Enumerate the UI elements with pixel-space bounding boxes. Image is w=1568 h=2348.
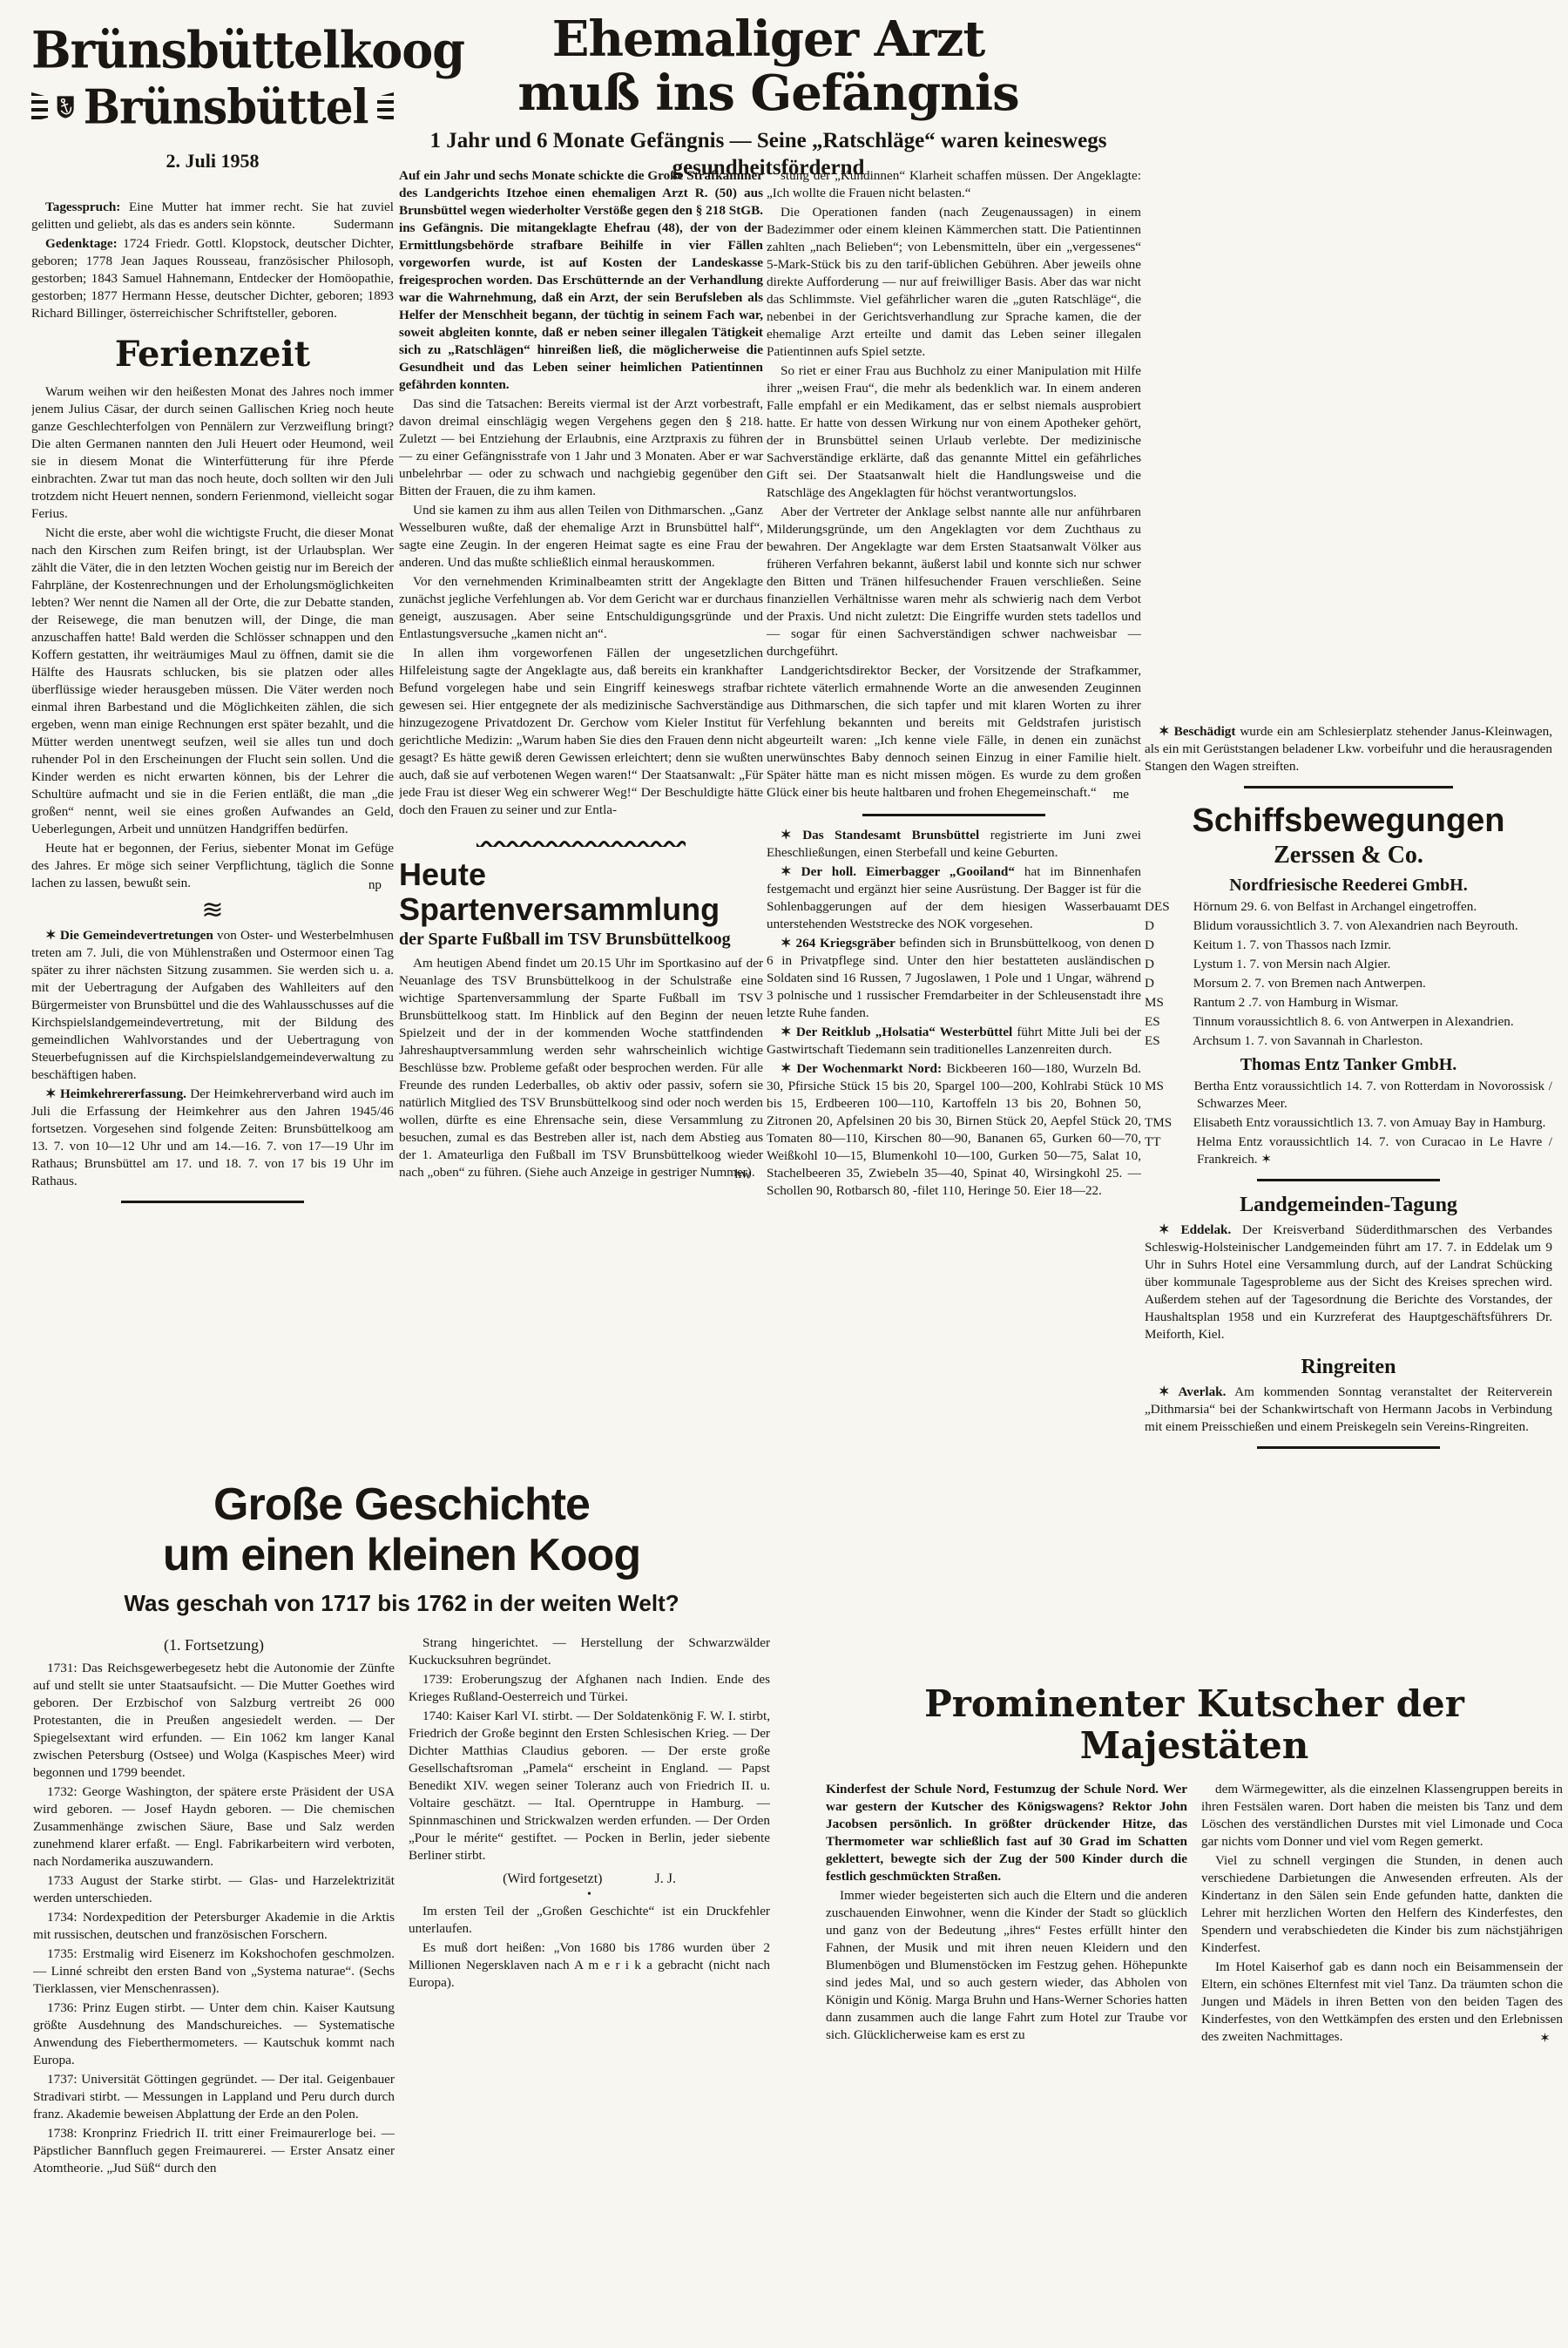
squiggle-divider: ≋ bbox=[31, 899, 394, 922]
news-note: ✶ Der Wochenmarkt Nord: Bickbeeren 160—1… bbox=[767, 1060, 1141, 1200]
correction-paragraph: Es muß dort heißen: „Von 1680 bis 1786 w… bbox=[409, 1939, 770, 1992]
masthead-title-line2: Brünsbüttel bbox=[84, 82, 368, 132]
beschaedigt-lead: ✶ Beschädigt bbox=[1159, 724, 1235, 739]
news-note: ✶ Das Standesamt Brunsbüttel registriert… bbox=[767, 827, 1141, 862]
flourish-right-icon bbox=[377, 92, 394, 122]
sparten-title: Heute Spartenversammlung bbox=[399, 857, 763, 927]
shipping-company: Zerssen & Co. bbox=[1145, 841, 1552, 870]
kutscher-title: Prominenter Kutscher der Majestäten bbox=[826, 1683, 1563, 1767]
kutscher-lead: Kinderfest der Schule Nord, Festumzug de… bbox=[826, 1781, 1187, 1885]
ship-movement: ES Archsum 1. 7. von Savannah in Charles… bbox=[1145, 1032, 1552, 1050]
article-paragraph: Viel zu schnell vergingen die Stunden, i… bbox=[1201, 1852, 1563, 1957]
main-title-line1: Ehemaliger Arzt bbox=[399, 12, 1138, 66]
chronicle-paragraph: 1732: George Washington, der spätere ers… bbox=[33, 1783, 395, 1871]
geschichte-section: Große Geschichte um einen kleinen Koog W… bbox=[33, 1479, 770, 2348]
main-article-col1: Auf ein Jahr und sechs Monate schickte d… bbox=[399, 167, 763, 1479]
section-rule bbox=[1257, 1446, 1440, 1449]
issue-date: 2. Juli 1958 bbox=[31, 150, 394, 173]
ship-prefix: TMS bbox=[1145, 1114, 1190, 1132]
ship-prefix: MS bbox=[1145, 1078, 1190, 1095]
correction-paragraph: Im ersten Teil der „Großen Geschichte“ i… bbox=[409, 1903, 770, 1938]
gedenktage: Gedenktage: 1724 Friedr. Gottl. Klopstoc… bbox=[31, 235, 394, 322]
section-rule bbox=[1257, 1179, 1440, 1181]
note-lead: ✶ 264 Kriegsgräber bbox=[781, 936, 896, 951]
fleet2-list: MS Bertha Entz voraussichtlich 14. 7. vo… bbox=[1145, 1078, 1552, 1168]
beschaedigt-note: ✶ Beschädigt wurde ein am Schlesierplatz… bbox=[1145, 723, 1552, 775]
main-article-col2-body: stung der „Kundinnen“ Klarheit schaffen … bbox=[767, 167, 1141, 802]
geschichte-subtitle: Was geschah von 1717 bis 1762 in der wei… bbox=[33, 1589, 770, 1617]
anchor-crest-icon bbox=[57, 77, 74, 138]
wave-divider bbox=[399, 828, 763, 847]
geschichte-fortsetzung: (1. Fortsetzung) bbox=[33, 1636, 395, 1654]
article-paragraph: Das sind die Tatsachen: Bereits viermal … bbox=[399, 396, 763, 500]
tagesspruch: Tagesspruch: Eine Mutter hat immer recht… bbox=[31, 199, 394, 233]
ship-movement: D Lystum 1. 7. von Mersin nach Algier. bbox=[1145, 956, 1552, 973]
main-headline-block: Ehemaliger Arzt muß ins Gefängnis 1 Jahr… bbox=[399, 12, 1138, 167]
ship-movement: MS Bertha Entz voraussichtlich 14. 7. vo… bbox=[1145, 1078, 1552, 1113]
fleet1-name: Nordfriesische Reederei GmbH. bbox=[1145, 874, 1552, 897]
ship-movement: ES Tinnum voraussichtlich 8. 6. von Antw… bbox=[1145, 1013, 1552, 1031]
article-paragraph: Vor den vernehmenden Kriminalbeamten str… bbox=[399, 573, 763, 643]
chronicle-paragraph: 1738: Kronprinz Friedrich II. tritt eine… bbox=[33, 2125, 395, 2177]
geschichte-continuation-note: (Wird fortgesetzt) bbox=[503, 1871, 602, 1887]
ship-movement: D Keitum 1. 7. von Thassos nach Izmir. bbox=[1145, 937, 1552, 954]
geschichte-title-line2: um einen kleinen Koog bbox=[33, 1530, 770, 1580]
main-article-lead: Auf ein Jahr und sechs Monate schickte d… bbox=[399, 167, 763, 394]
article-paragraph: So riet er einer Frau aus Buchholz zu ei… bbox=[767, 362, 1141, 502]
newspaper-page: Brünsbüttelkoog Brünsbüttel 2. Juli 1958… bbox=[0, 0, 1568, 2348]
section-rule bbox=[862, 814, 1045, 816]
gedenktage-label: Gedenktage: bbox=[45, 236, 118, 251]
article-paragraph: Aber der Vertreter der Anklage selbst na… bbox=[767, 504, 1141, 660]
chronicle-paragraph: 1737: Universität Göttingen gegründet. —… bbox=[33, 2071, 395, 2123]
masthead-title-line1: Brünsbüttelkoog bbox=[31, 23, 394, 78]
news-note: ✶ 264 Kriegsgräber befinden sich in Brun… bbox=[767, 935, 1141, 1022]
chronicle-paragraph: 1734: Nordexpedition der Petersburger Ak… bbox=[33, 1909, 395, 1944]
main-article-col2: stung der „Kundinnen“ Klarheit schaffen … bbox=[767, 167, 1141, 1662]
section-rule bbox=[1244, 786, 1453, 788]
article-paragraph: Landgerichtsdirektor Becker, der Vorsitz… bbox=[767, 662, 1141, 802]
note-lead: ✶ Der Wochenmarkt Nord: bbox=[781, 1061, 942, 1076]
ship-prefix: D bbox=[1145, 917, 1190, 935]
fleet2-name: Thomas Entz Tanker GmbH. bbox=[1145, 1053, 1552, 1076]
ferienzeit-paragraph: Warum weihen wir den heißesten Monat des… bbox=[31, 383, 394, 523]
news-note: ✶ Der Reitklub „Holsatia“ Westerbüttel f… bbox=[767, 1024, 1141, 1059]
chronicle-paragraph: 1736: Prinz Eugen stirbt. — Unter dem ch… bbox=[33, 2000, 395, 2069]
left-notes: ✶ Die Gemeindevertretungen von Oster- un… bbox=[31, 927, 394, 1190]
ship-prefix: D bbox=[1145, 956, 1190, 973]
geschichte-col-a: (1. Fortsetzung) 1731: Das Reichsgewerbe… bbox=[33, 1622, 395, 2179]
tagesspruch-author: Sudermann bbox=[320, 216, 394, 233]
note-lead: ✶ Heimkehrererfassung. bbox=[45, 1086, 186, 1101]
section-rule bbox=[121, 1201, 304, 1203]
sparten-paragraph: Am heutigen Abend findet um 20.15 Uhr im… bbox=[399, 955, 763, 1181]
ferienzeit-title: Ferienzeit bbox=[31, 335, 394, 375]
article-paragraph: Die Operationen fanden (nach Zeugenaussa… bbox=[767, 204, 1141, 361]
ship-movement: TT Helma Entz voraussichtlich 14. 7. von… bbox=[1145, 1133, 1552, 1168]
ship-movement: MS Rantum 2 .7. von Hamburg in Wismar. bbox=[1145, 994, 1552, 1012]
article-paragraph: Und sie kamen zu ihm aus allen Teilen vo… bbox=[399, 502, 763, 572]
fleet1-list: DES Hörnum 29. 6. von Belfast in Archang… bbox=[1145, 898, 1552, 1050]
tagesspruch-label: Tagesspruch: bbox=[45, 200, 120, 214]
landgemeinden-text: Der Kreisverband Süderdithmarschen des V… bbox=[1145, 1222, 1552, 1342]
chronicle-paragraph: Strang hingerichtet. — Herstellung der S… bbox=[409, 1634, 770, 1669]
ship-prefix: MS bbox=[1145, 994, 1190, 1012]
ship-movement: DES Hörnum 29. 6. von Belfast in Archang… bbox=[1145, 898, 1552, 916]
kutscher-col2: dem Wärmegewitter, als die einzelnen Kla… bbox=[1201, 1781, 1563, 2047]
chronicle-paragraph: 1735: Erstmalig wird Eisenerz im Kokshoc… bbox=[33, 1945, 395, 1998]
geschichte-col-b: Strang hingerichtet. — Herstellung der S… bbox=[409, 1622, 770, 2179]
geschichte-title-line1: Große Geschichte bbox=[33, 1479, 770, 1530]
ship-prefix: D bbox=[1145, 975, 1190, 992]
chronicle-paragraph: 1740: Kaiser Karl VI. stirbt. — Der Sold… bbox=[409, 1708, 770, 1864]
left-column: Tagesspruch: Eine Mutter hat immer recht… bbox=[31, 199, 394, 1493]
chronicle-paragraph: 1733 August der Starke stirbt. — Glas- u… bbox=[33, 1872, 395, 1907]
ferienzeit-body: Warum weihen wir den heißesten Monat des… bbox=[31, 383, 394, 892]
news-note: ✶ Heimkehrererfassung. Der Heimkehrerver… bbox=[31, 1086, 394, 1190]
ship-movement: D Morsum 2. 7. von Bremen nach Antwerpen… bbox=[1145, 975, 1552, 992]
news-note: ✶ Die Gemeindevertretungen von Oster- un… bbox=[31, 927, 394, 1084]
chronicle-paragraph: 1731: Das Reichsgewerbegesetz hebt die A… bbox=[33, 1660, 395, 1782]
landgemeinden-lead: ✶ Eddelak. bbox=[1159, 1222, 1231, 1237]
ringreiten-lead: ✶ Averlak. bbox=[1159, 1384, 1226, 1399]
ship-prefix: TT bbox=[1145, 1133, 1190, 1151]
ship-prefix: ES bbox=[1145, 1013, 1190, 1031]
shipping-title: Schiffsbewegungen bbox=[1145, 802, 1552, 839]
landgemeinden-title: Landgemeinden-Tagung bbox=[1145, 1192, 1552, 1218]
main-article-col1-body: Das sind die Tatsachen: Bereits viermal … bbox=[399, 396, 763, 819]
news-note: ✶ Der holl. Eimerbagger „Gooiland“ hat i… bbox=[767, 863, 1141, 933]
ferienzeit-paragraph: Nicht die erste, aber wohl die wichtigst… bbox=[31, 524, 394, 838]
ship-prefix: D bbox=[1145, 937, 1190, 954]
local-notes: ✶ Das Standesamt Brunsbüttel registriert… bbox=[767, 827, 1141, 1200]
note-lead: ✶ Der holl. Eimerbagger „Gooiland“ bbox=[781, 864, 1015, 879]
main-title-line2: muß ins Gefängnis bbox=[399, 66, 1138, 120]
sparten-subtitle: der Sparte Fußball im TSV Brunsbüttelkoo… bbox=[399, 929, 763, 950]
ringreiten-title: Ringreiten bbox=[1145, 1354, 1552, 1380]
dot-divider: • bbox=[409, 1889, 770, 1901]
kutscher-col1: Kinderfest der Schule Nord, Festumzug de… bbox=[826, 1781, 1187, 2047]
article-paragraph: dem Wärmegewitter, als die einzelnen Kla… bbox=[1201, 1781, 1563, 1851]
landgemeinden-note: ✶ Eddelak. Der Kreisverband Süderdithmar… bbox=[1145, 1221, 1552, 1343]
flourish-left-icon bbox=[31, 92, 48, 122]
ship-movement: TMS Elisabeth Entz voraussichtlich 13. 7… bbox=[1145, 1114, 1552, 1132]
note-lead: ✶ Die Gemeindevertretungen bbox=[45, 928, 213, 943]
ship-prefix: ES bbox=[1145, 1032, 1190, 1050]
ship-prefix: DES bbox=[1145, 898, 1190, 916]
article-paragraph: Immer wieder begeisterten sich auch die … bbox=[826, 1887, 1187, 2044]
article-paragraph: stung der „Kundinnen“ Klarheit schaffen … bbox=[767, 167, 1141, 202]
masthead: Brünsbüttelkoog Brünsbüttel 2. Juli 1958 bbox=[31, 24, 394, 173]
note-lead: ✶ Das Standesamt Brunsbüttel bbox=[781, 828, 979, 842]
chronicle-paragraph: 1739: Eroberungszug der Afghanen nach In… bbox=[409, 1671, 770, 1706]
ship-movement: D Blidum voraussichtlich 3. 7. von Alexa… bbox=[1145, 917, 1552, 935]
kutscher-section: Prominenter Kutscher der Majestäten Kind… bbox=[826, 1683, 1563, 2345]
right-column: ✶ Beschädigt wurde ein am Schlesierplatz… bbox=[1145, 723, 1552, 1664]
article-paragraph: In allen ihm vorgeworfenen Fällen der un… bbox=[399, 645, 763, 819]
note-lead: ✶ Der Reitklub „Holsatia“ Westerbüttel bbox=[781, 1025, 1012, 1039]
geschichte-initials: J. J. bbox=[654, 1871, 675, 1887]
ringreiten-note: ✶ Averlak. Am kommenden Sonntag veransta… bbox=[1145, 1384, 1552, 1436]
